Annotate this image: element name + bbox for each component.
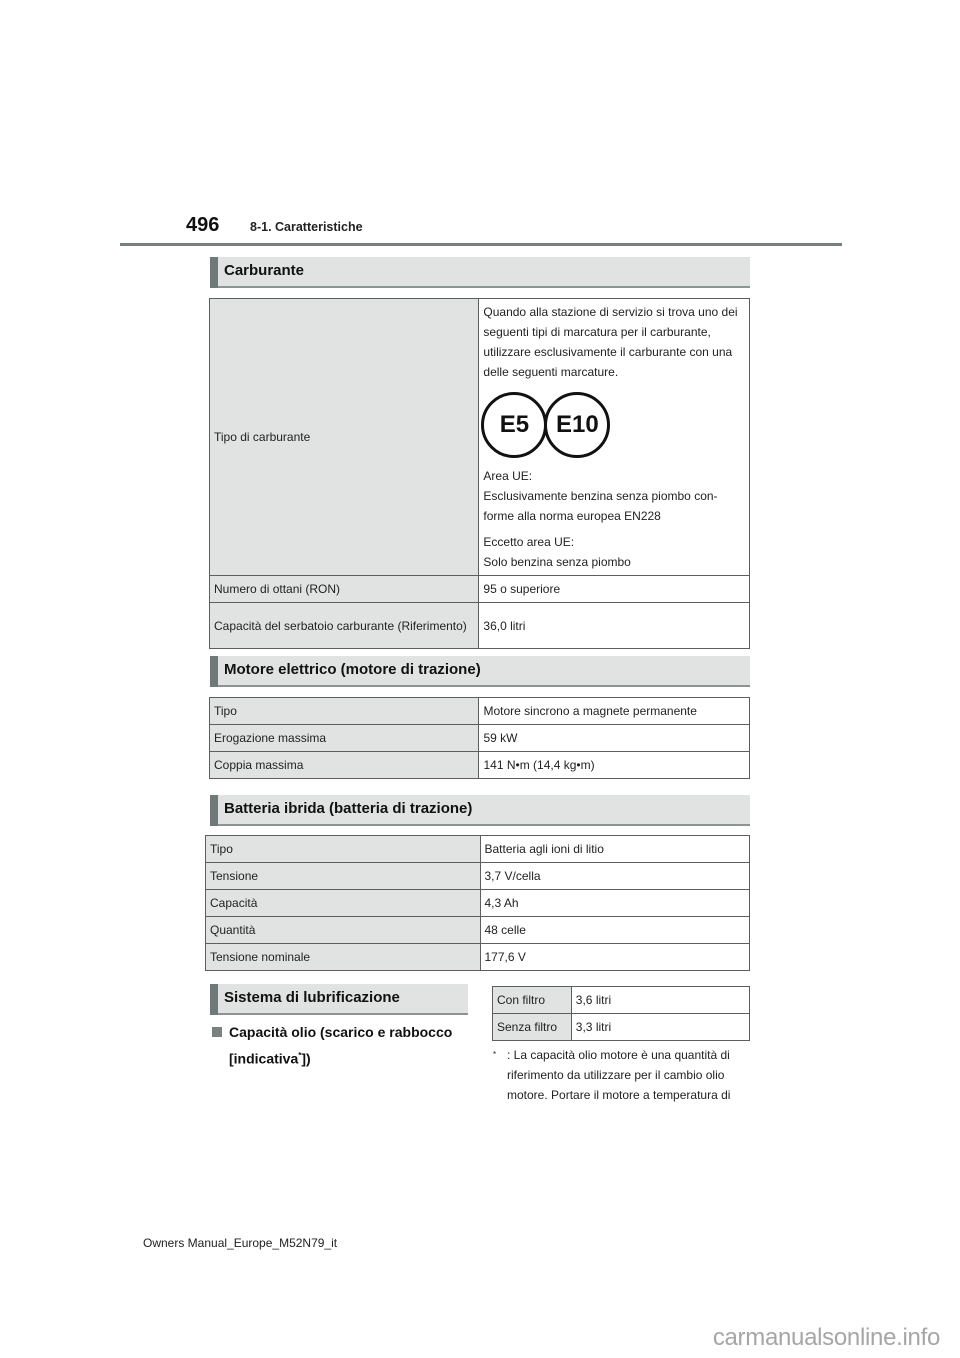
max-torque-label: Coppia massima [210,752,479,779]
table-row: Capacità 4,3 Ah [206,890,750,917]
tank-capacity-value: 36,0 litri [479,603,750,649]
e5-marking-icon: E5 [481,392,547,458]
table-row: Tipo Batteria agli ioni di litio [206,836,750,863]
table-row: Quantità 48 celle [206,917,750,944]
octane-label: Numero di ottani (RON) [210,576,479,603]
capacity-value: 4,3 Ah [480,890,750,917]
oil-capacity-footnote: * : La capacità olio motore è una quanti… [493,1045,753,1105]
fuel-markings: E5 E10 [481,392,745,460]
section-title: 8-1. Caratteristiche [250,220,363,234]
section-heading-fuel-label: Carburante [224,262,304,279]
fuel-type-intro: Quando alla stazione di servizio si trov… [483,302,745,382]
fuel-type-label: Tipo di carburante [210,299,479,576]
quantity-value: 48 celle [480,917,750,944]
electric-motor-table: Tipo Motore sincrono a magnete permanent… [209,697,750,779]
table-row: Tensione 3,7 V/cella [206,863,750,890]
table-row: Senza filtro 3,3 litri [493,1014,750,1041]
battery-type-label: Tipo [206,836,481,863]
table-row: Capacità del serbatoio carburante (Rifer… [210,603,750,649]
footnote-mark: * [493,1050,496,1059]
table-row: Erogazione massima 59 kW [210,725,750,752]
document-id: Owners Manual_Europe_M52N79_it [143,1236,337,1250]
table-row: Tipo Motore sincrono a magnete permanent… [210,698,750,725]
quantity-label: Quantità [206,917,481,944]
table-row: Tensione nominale 177,6 V [206,944,750,971]
eu-area-label: Area UE: [483,466,745,486]
oil-capacity-subheading-text: Capacità olio (scarico e rabbocco [indic… [229,1024,452,1067]
eu-area-text: Esclusivamente benzina senza piombo con-… [483,486,745,526]
table-row: Tipo di carburante Quando alla stazione … [210,299,750,576]
nominal-voltage-value: 177,6 V [480,944,750,971]
capacity-label: Capacità [206,890,481,917]
hybrid-battery-table: Tipo Batteria agli ioni di litio Tension… [205,835,750,971]
battery-type-value: Batteria agli ioni di litio [480,836,750,863]
cell-voltage-label: Tensione [206,863,481,890]
max-output-value: 59 kW [479,725,750,752]
section-heading-hybrid-battery-label: Batteria ibrida (batteria di trazione) [224,800,472,817]
section-heading-electric-motor-label: Motore elettrico (motore di trazione) [224,661,481,678]
cell-voltage-value: 3,7 V/cella [480,863,750,890]
oil-capacity-subheading-end: ]) [301,1051,310,1067]
without-filter-label: Senza filtro [493,1014,572,1041]
square-bullet-icon [212,1027,222,1037]
fuel-type-value: Quando alla stazione di servizio si trov… [479,299,750,576]
with-filter-value: 3,6 litri [571,987,749,1014]
nominal-voltage-label: Tensione nominale [206,944,481,971]
section-heading-hybrid-battery: Batteria ibrida (batteria di trazione) [210,795,750,826]
without-filter-value: 3,3 litri [571,1014,749,1041]
oil-capacity-table: Con filtro 3,6 litri Senza filtro 3,3 li… [492,986,750,1041]
table-row: Con filtro 3,6 litri [493,987,750,1014]
table-row: Coppia massima 141 N•m (14,4 kg•m) [210,752,750,779]
oil-capacity-subheading: Capacità olio (scarico e rabbocco [indic… [212,1020,472,1071]
section-heading-electric-motor: Motore elettrico (motore di trazione) [210,656,750,687]
table-row: Numero di ottani (RON) 95 o superiore [210,576,750,603]
max-torque-value: 141 N•m (14,4 kg•m) [479,752,750,779]
tank-capacity-label: Capacità del serbatoio carburante (Rifer… [210,603,479,649]
page-number: 496 [186,214,219,237]
non-eu-area-text: Solo benzina senza piombo [483,552,745,572]
motor-type-label: Tipo [210,698,479,725]
section-heading-lubrication: Sistema di lubrificazione [210,984,468,1015]
octane-value: 95 o superiore [479,576,750,603]
header-divider [120,243,842,246]
with-filter-label: Con filtro [493,987,572,1014]
footnote-text: : La capacità olio motore è una quantità… [493,1045,753,1105]
fuel-table: Tipo di carburante Quando alla stazione … [209,298,750,649]
watermark: carmanualsonline.info [713,1324,940,1352]
max-output-label: Erogazione massima [210,725,479,752]
non-eu-area-label: Eccetto area UE: [483,532,745,552]
section-heading-lubrication-label: Sistema di lubrificazione [224,989,400,1006]
e10-marking-icon: E10 [544,392,610,458]
section-heading-fuel: Carburante [210,257,750,288]
motor-type-value: Motore sincrono a magnete permanente [479,698,750,725]
